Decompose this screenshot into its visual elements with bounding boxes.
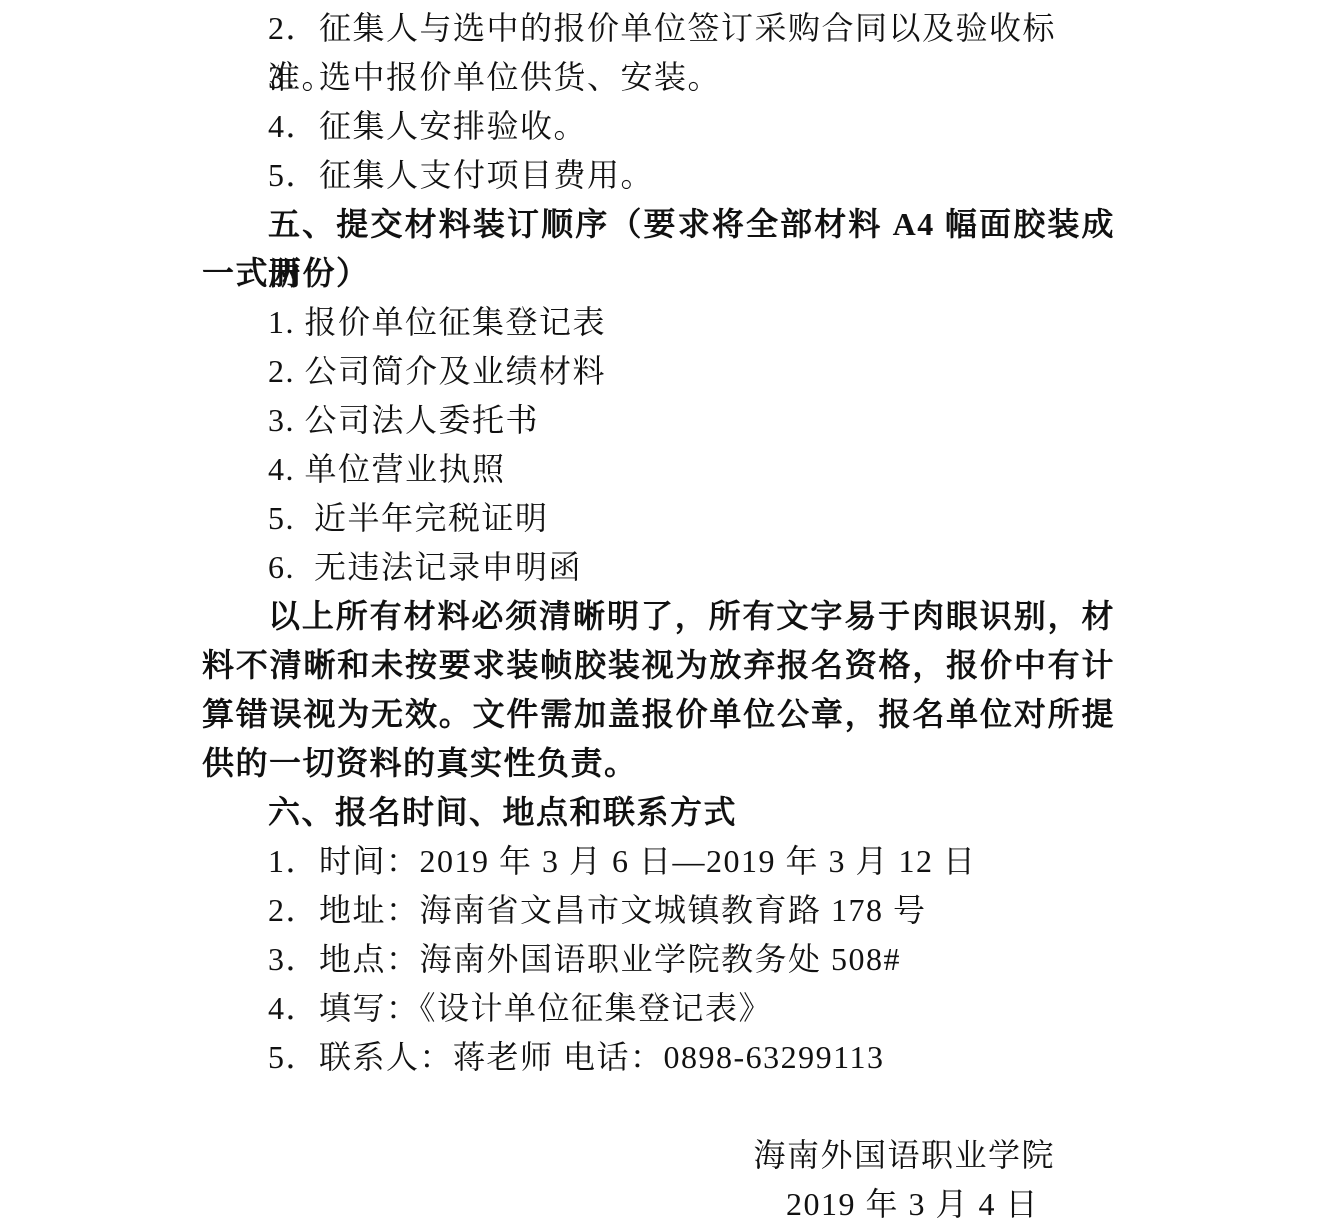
list-item: 3．地点：海南外国语职业学院教务处 508# xyxy=(202,935,1115,984)
list-item: 3. 公司法人委托书 xyxy=(202,396,1115,445)
list-item: 4. 单位营业执照 xyxy=(202,445,1115,494)
document-page: 2．征集人与选中的报价单位签订采购合同以及验收标准。3．选中报价单位供货、安装。… xyxy=(0,0,1323,1225)
blank-line xyxy=(202,1082,1115,1131)
signature-organization: 海南外国语职业学院 xyxy=(202,1131,1115,1180)
list-item: 3．选中报价单位供货、安装。 xyxy=(202,53,1115,102)
section-heading-6: 六、报名时间、地点和联系方式 xyxy=(202,788,1115,837)
document-body: 2．征集人与选中的报价单位签订采购合同以及验收标准。3．选中报价单位供货、安装。… xyxy=(202,4,1115,1225)
list-item: 5．征集人支付项目费用。 xyxy=(202,151,1115,200)
list-item: 4．填写：《设计单位征集登记表》 xyxy=(202,984,1115,1033)
paragraph-line: 料不清晰和未按要求装帧胶装视为放弃报名资格，报价中有计 xyxy=(202,641,1115,690)
list-item: 2．地址：海南省文昌市文城镇教育路 178 号 xyxy=(202,886,1115,935)
list-item: 1. 报价单位征集登记表 xyxy=(202,298,1115,347)
list-item: 6. 无违法记录申明函 xyxy=(202,543,1115,592)
section-heading-5-continuation: 一式两份） xyxy=(202,249,1115,298)
signature-date: 2019 年 3 月 4 日 xyxy=(202,1180,1115,1225)
paragraph-line: 算错误视为无效。文件需加盖报价单位公章，报名单位对所提 xyxy=(202,690,1115,739)
list-item: 1．时间：2019 年 3 月 6 日—2019 年 3 月 12 日 xyxy=(202,837,1115,886)
list-item: 2．征集人与选中的报价单位签订采购合同以及验收标准。 xyxy=(202,4,1115,53)
list-item: 2. 公司简介及业绩材料 xyxy=(202,347,1115,396)
paragraph-line: 以上所有材料必须清晰明了，所有文字易于肉眼识别，材 xyxy=(202,592,1115,641)
paragraph-line: 供的一切资料的真实性负责。 xyxy=(202,739,1115,788)
list-item: 5．联系人：蒋老师 电话：0898-63299113 xyxy=(202,1033,1115,1082)
section-heading-5: 五、提交材料装订顺序（要求将全部材料 A4 幅面胶装成册 xyxy=(202,200,1115,249)
list-item: 5. 近半年完税证明 xyxy=(202,494,1115,543)
list-item: 4．征集人安排验收。 xyxy=(202,102,1115,151)
